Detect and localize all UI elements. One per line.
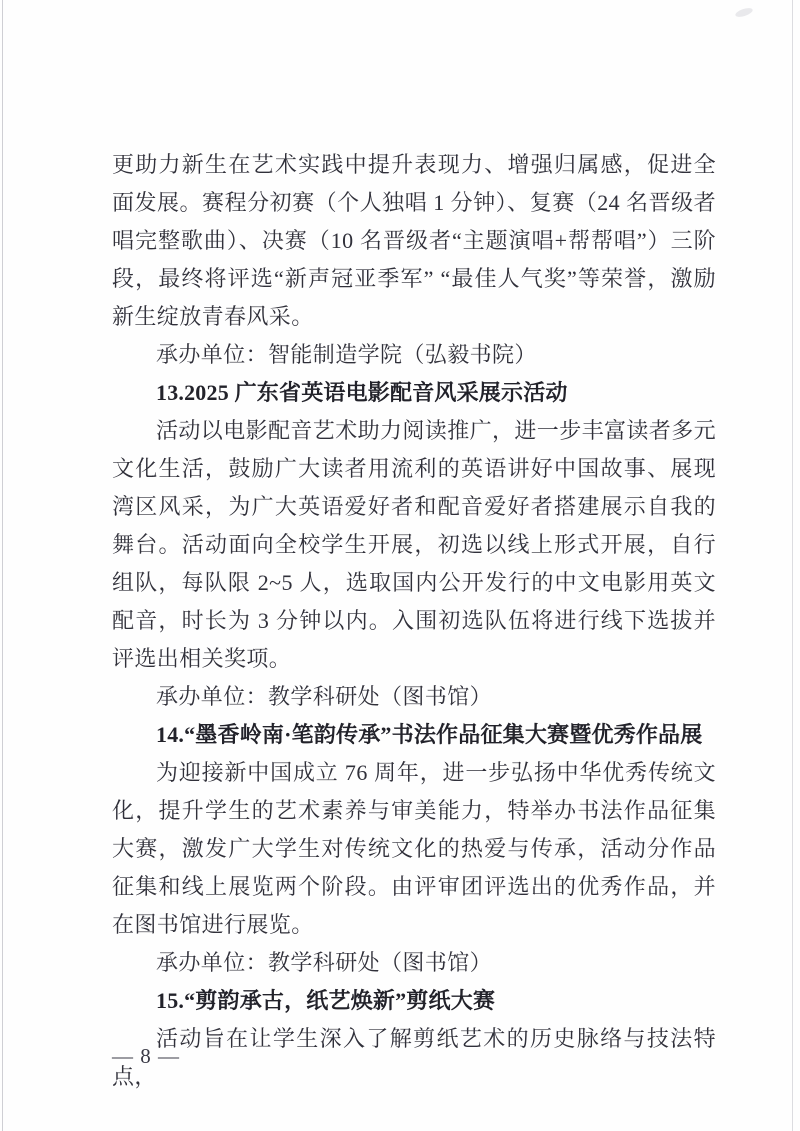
scan-smudge-mark bbox=[734, 6, 753, 18]
scan-edge-right-line bbox=[792, 0, 793, 1131]
page-number: — 8 — bbox=[112, 1044, 180, 1069]
organizer-line-item13: 承办单位：教学科研处（图书馆） bbox=[112, 678, 716, 716]
section-heading-item14: 14.“墨香岭南·笔韵传承”书法作品征集大赛暨优秀作品展 bbox=[112, 716, 716, 754]
document-body: 更助力新生在艺术实践中提升表现力、增强归属感，促进全面发展。赛程分初赛（个人独唱… bbox=[112, 146, 716, 1096]
paragraph-item15-description: 活动旨在让学生深入了解剪纸艺术的历史脉络与技法特点， bbox=[112, 1020, 716, 1096]
scanned-document-page: 更助力新生在艺术实践中提升表现力、增强归属感，促进全面发展。赛程分初赛（个人独唱… bbox=[0, 0, 800, 1131]
section-heading-item15: 15.“剪韵承古，纸艺焕新”剪纸大赛 bbox=[112, 982, 716, 1020]
paragraph-item14-description: 为迎接新中国成立 76 周年，进一步弘扬中华优秀传统文化，提升学生的艺术素养与审… bbox=[112, 754, 716, 944]
scan-edge-left-line bbox=[2, 0, 3, 1131]
organizer-line-item14: 承办单位：教学科研处（图书馆） bbox=[112, 944, 716, 982]
organizer-line-item12: 承办单位：智能制造学院（弘毅书院） bbox=[112, 336, 716, 374]
section-heading-item13: 13.2025 广东省英语电影配音风采展示活动 bbox=[112, 374, 716, 412]
paragraph-item13-description: 活动以电影配音艺术助力阅读推广，进一步丰富读者多元文化生活，鼓励广大读者用流利的… bbox=[112, 412, 716, 678]
paragraph-singing-contest-continued: 更助力新生在艺术实践中提升表现力、增强归属感，促进全面发展。赛程分初赛（个人独唱… bbox=[112, 146, 716, 336]
